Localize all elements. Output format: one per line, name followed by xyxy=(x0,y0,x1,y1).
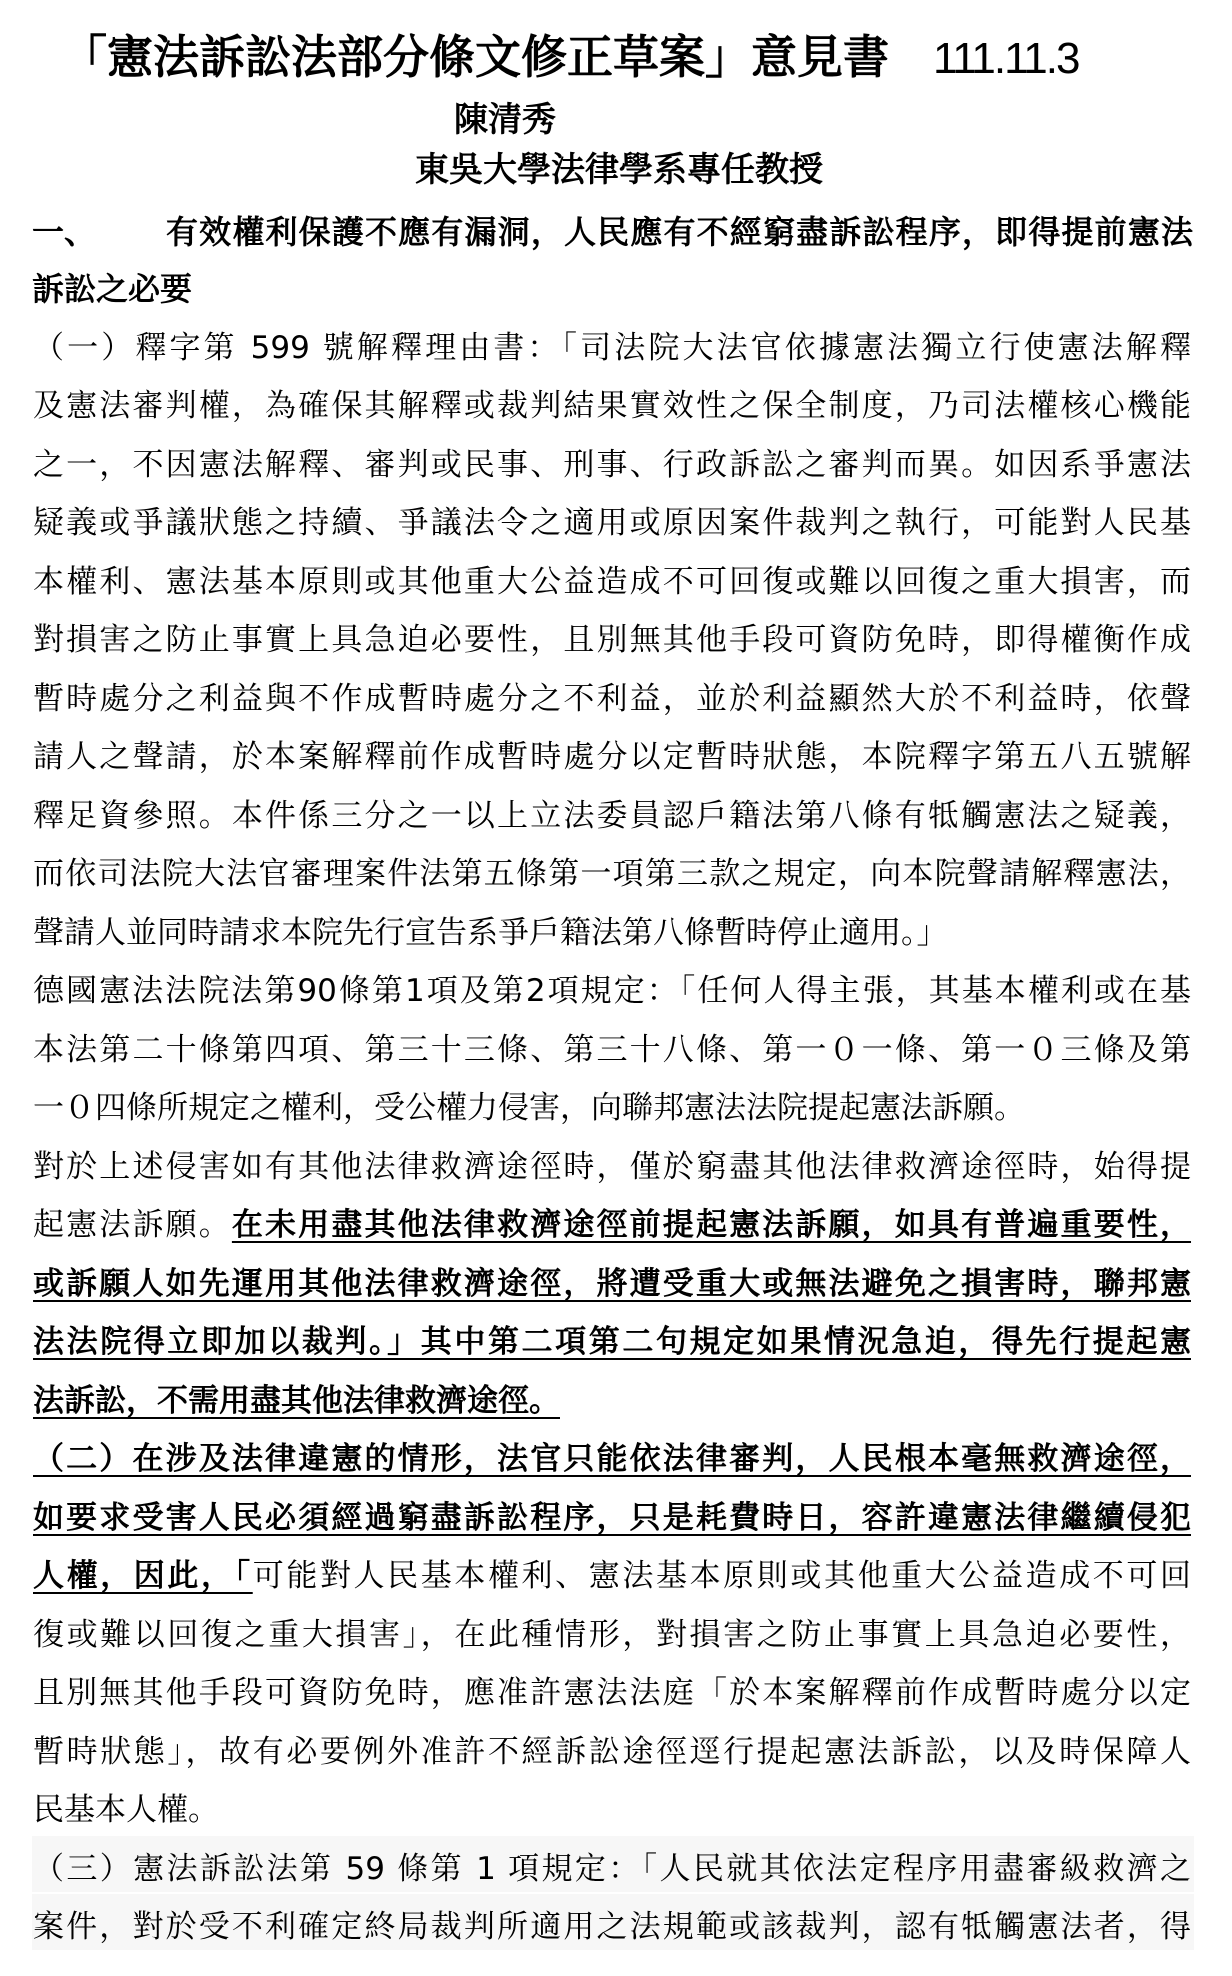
section-heading-text: 有效權利保護不應有漏洞，人民應有不經窮盡訴訟程序，即得提前憲法 xyxy=(166,204,1193,261)
document-page: 「憲法訴訟法部分條文修正草案」意見書111.11.3 陳清秀 東吳大學法律學系專… xyxy=(0,0,1232,1976)
body-line: 疑義或爭議狀態之持續、爭議法令之適用或原因案件裁判之執行，可能對人民基 xyxy=(33,494,1191,553)
line-text: 請人之聲請，於本案解釋前作成暫時處分以定暫時狀態，本院釋字第五八五號解 xyxy=(33,739,1191,775)
paragraph-exhaustion-of-remedies: 對於上述侵害如有其他法律救濟途徑時，僅於窮盡其他法律救濟途徑時，始得提 起憲法訴… xyxy=(33,1138,1191,1431)
body-line: 民基本人權。 xyxy=(33,1781,1191,1840)
author-name: 陳清秀 xyxy=(454,100,556,140)
body-line: 復或難以回復之重大損害」，在此種情形，對損害之防止事實上具急迫必要性， xyxy=(33,1606,1191,1665)
paragraph-2: （二）在涉及法律違憲的情形，法官只能依法律審判，人民根本毫無救濟途徑， 如要求受… xyxy=(33,1430,1191,1840)
body-line: 法訴訟，不需用盡其他法律救濟途徑。 xyxy=(33,1372,1191,1431)
line-text: 本法第二十條第四項、第三十三條、第三十八條、第一０一條、第一０三條及第 xyxy=(33,1032,1191,1068)
body-line: 人權，因此，「可能對人民基本權利、憲法基本原則或其他重大公益造成不可回 xyxy=(33,1547,1191,1606)
line-text: 釋足資參照。本件係三分之一以上立法委員認戶籍法第八條有牴觸憲法之疑義， xyxy=(33,798,1191,834)
body-line: 請人之聲請，於本案解釋前作成暫時處分以定暫時狀態，本院釋字第五八五號解 xyxy=(33,728,1191,787)
emphasized-text: 在未用盡其他法律救濟途徑前提起憲法訴願，如具有普遍重要性， xyxy=(232,1207,1191,1243)
line-text: 復或難以回復之重大損害」，在此種情形，對損害之防止事實上具急迫必要性， xyxy=(33,1617,1191,1653)
section-number: 一、 xyxy=(32,204,166,261)
body-line: 對於上述侵害如有其他法律救濟途徑時，僅於窮盡其他法律救濟途徑時，始得提 xyxy=(33,1138,1191,1197)
body-line: 起憲法訴願。在未用盡其他法律救濟途徑前提起憲法訴願，如具有普遍重要性， xyxy=(33,1196,1191,1255)
line-text: 暫時狀態」，故有必要例外准許不經訴訟途徑逕行提起憲法訴訟，以及時保障人 xyxy=(33,1734,1191,1770)
section-heading: 一、 有效權利保護不應有漏洞，人民應有不經窮盡訴訟程序，即得提前憲法 訴訟之必要 xyxy=(32,204,1193,318)
body-line: 暫時處分之利益與不作成暫時處分之不利益，並於利益顯然大於不利益時，依聲 xyxy=(33,670,1191,729)
body-line: 德國憲法法院法第90條第1項及第2項規定：「任何人得主張，其基本權利或在基 xyxy=(33,962,1191,1021)
emphasized-text: 人權，因此，「 xyxy=(33,1558,253,1594)
section-heading-line-1: 一、 有效權利保護不應有漏洞，人民應有不經窮盡訴訟程序，即得提前憲法 xyxy=(32,204,1193,261)
paragraph-3: （三）憲法訴訟法第 59 條第 1 項規定：「人民就其依法定程序用盡審級救濟之 … xyxy=(33,1840,1191,1957)
line-text: 起憲法訴願。 xyxy=(33,1207,232,1243)
line-text: 一０四條所規定之權利，受公權力侵害，向聯邦憲法法院提起憲法訴願。 xyxy=(33,1090,1025,1126)
line-text: 可能對人民基本權利、憲法基本原則或其他重大公益造成不可回 xyxy=(253,1558,1191,1594)
line-text: 聲請人並同時請求本院先行宣告系爭戶籍法第八條暫時停止適用。」 xyxy=(33,915,948,951)
line-text: 疑義或爭議狀態之持續、爭議法令之適用或原因案件裁判之執行，可能對人民基 xyxy=(33,505,1191,541)
line-text: 對於上述侵害如有其他法律救濟途徑時，僅於窮盡其他法律救濟途徑時，始得提 xyxy=(33,1149,1191,1185)
body-line: 法法院得立即加以裁判。」其中第二項第二句規定如果情況急迫，得先行提起憲 xyxy=(33,1313,1191,1372)
body-line-shaded: 案件，對於受不利確定終局裁判所適用之法規範或該裁判，認有牴觸憲法者，得 xyxy=(33,1898,1191,1957)
author-affiliation: 東吳大學法律學系專任教授 xyxy=(415,150,823,190)
body-line: 本權利、憲法基本原則或其他重大公益造成不可回復或難以回復之重大損害，而 xyxy=(33,553,1191,612)
body-line: 而依司法院大法官審理案件法第五條第一項第三款之規定，向本院聲請解釋憲法， xyxy=(33,845,1191,904)
body-line: 且別無其他手段可資防免時，應准許憲法法庭「於本案解釋前作成暫時處分以定 xyxy=(33,1664,1191,1723)
line-text: 本權利、憲法基本原則或其他重大公益造成不可回復或難以回復之重大損害，而 xyxy=(33,564,1191,600)
paragraph-interpretation-599: （一）釋字第 599 號解釋理由書：「司法院大法官依據憲法獨立行使憲法解釋 及憲… xyxy=(33,319,1191,963)
emphasized-text: 法訴訟，不需用盡其他法律救濟途徑。 xyxy=(33,1383,560,1419)
body-line: 對損害之防止事實上具急迫必要性，且別無其他手段可資防免時，即得權衡作成 xyxy=(33,611,1191,670)
line-text: 暫時處分之利益與不作成暫時處分之不利益，並於利益顯然大於不利益時，依聲 xyxy=(33,681,1191,717)
line-text: 德國憲法法院法第90條第1項及第2項規定：「任何人得主張，其基本權利或在基 xyxy=(33,973,1191,1009)
line-text: （一）釋字第 599 號解釋理由書：「司法院大法官依據憲法獨立行使憲法解釋 xyxy=(33,330,1191,366)
body-line: 之一，不因憲法解釋、審判或民事、刑事、行政訴訟之審判而異。如因系爭憲法 xyxy=(33,436,1191,495)
emphasized-text: 或訴願人如先運用其他法律救濟途徑，將遭受重大或無法避免之損害時，聯邦憲 xyxy=(33,1266,1191,1302)
emphasized-text: 如要求受害人民必須經過窮盡訴訟程序，只是耗費時日，容許違憲法律繼續侵犯 xyxy=(33,1500,1191,1536)
body-line: 如要求受害人民必須經過窮盡訴訟程序，只是耗費時日，容許違憲法律繼續侵犯 xyxy=(33,1489,1191,1548)
emphasized-text: （二）在涉及法律違憲的情形，法官只能依法律審判，人民根本毫無救濟途徑， xyxy=(33,1441,1191,1477)
body-line: 或訴願人如先運用其他法律救濟途徑，將遭受重大或無法避免之損害時，聯邦憲 xyxy=(33,1255,1191,1314)
document-title: 「憲法訴訟法部分條文修正草案」意見書111.11.3 xyxy=(61,28,1078,88)
line-text: 民基本人權。 xyxy=(33,1792,219,1828)
title-text: 「憲法訴訟法部分條文修正草案」意見書 xyxy=(61,30,889,84)
paragraph-german-law: 德國憲法法院法第90條第1項及第2項規定：「任何人得主張，其基本權利或在基 本法… xyxy=(33,962,1191,1138)
line-text: （三）憲法訴訟法第 59 條第 1 項規定：「人民就其依法定程序用盡審級救濟之 xyxy=(33,1851,1191,1887)
title-date: 111.11.3 xyxy=(933,34,1078,83)
line-text: 而依司法院大法官審理案件法第五條第一項第三款之規定，向本院聲請解釋憲法， xyxy=(33,856,1191,892)
body-line: （一）釋字第 599 號解釋理由書：「司法院大法官依據憲法獨立行使憲法解釋 xyxy=(33,319,1191,378)
body-line: （二）在涉及法律違憲的情形，法官只能依法律審判，人民根本毫無救濟途徑， xyxy=(33,1430,1191,1489)
line-text: 且別無其他手段可資防免時，應准許憲法法庭「於本案解釋前作成暫時處分以定 xyxy=(33,1675,1191,1711)
line-text: 之一，不因憲法解釋、審判或民事、刑事、行政訴訟之審判而異。如因系爭憲法 xyxy=(33,447,1191,483)
line-text: 對損害之防止事實上具急迫必要性，且別無其他手段可資防免時，即得權衡作成 xyxy=(33,622,1191,658)
line-text: 及憲法審判權，為確保其解釋或裁判結果實效性之保全制度，乃司法權核心機能 xyxy=(33,388,1191,424)
document-body: （一）釋字第 599 號解釋理由書：「司法院大法官依據憲法獨立行使憲法解釋 及憲… xyxy=(33,319,1191,1957)
section-heading-line-2: 訴訟之必要 xyxy=(32,261,1193,318)
body-line: 釋足資參照。本件係三分之一以上立法委員認戶籍法第八條有牴觸憲法之疑義， xyxy=(33,787,1191,846)
body-line: 暫時狀態」，故有必要例外准許不經訴訟途徑逕行提起憲法訴訟，以及時保障人 xyxy=(33,1723,1191,1782)
body-line-shaded: （三）憲法訴訟法第 59 條第 1 項規定：「人民就其依法定程序用盡審級救濟之 xyxy=(33,1840,1191,1899)
body-line: 一０四條所規定之權利，受公權力侵害，向聯邦憲法法院提起憲法訴願。 xyxy=(33,1079,1191,1138)
emphasized-text: 法法院得立即加以裁判。」其中第二項第二句規定如果情況急迫，得先行提起憲 xyxy=(33,1324,1191,1360)
line-text: 案件，對於受不利確定終局裁判所適用之法規範或該裁判，認有牴觸憲法者，得 xyxy=(33,1909,1191,1945)
body-line: 及憲法審判權，為確保其解釋或裁判結果實效性之保全制度，乃司法權核心機能 xyxy=(33,377,1191,436)
body-line: 聲請人並同時請求本院先行宣告系爭戶籍法第八條暫時停止適用。」 xyxy=(33,904,1191,963)
body-line: 本法第二十條第四項、第三十三條、第三十八條、第一０一條、第一０三條及第 xyxy=(33,1021,1191,1080)
